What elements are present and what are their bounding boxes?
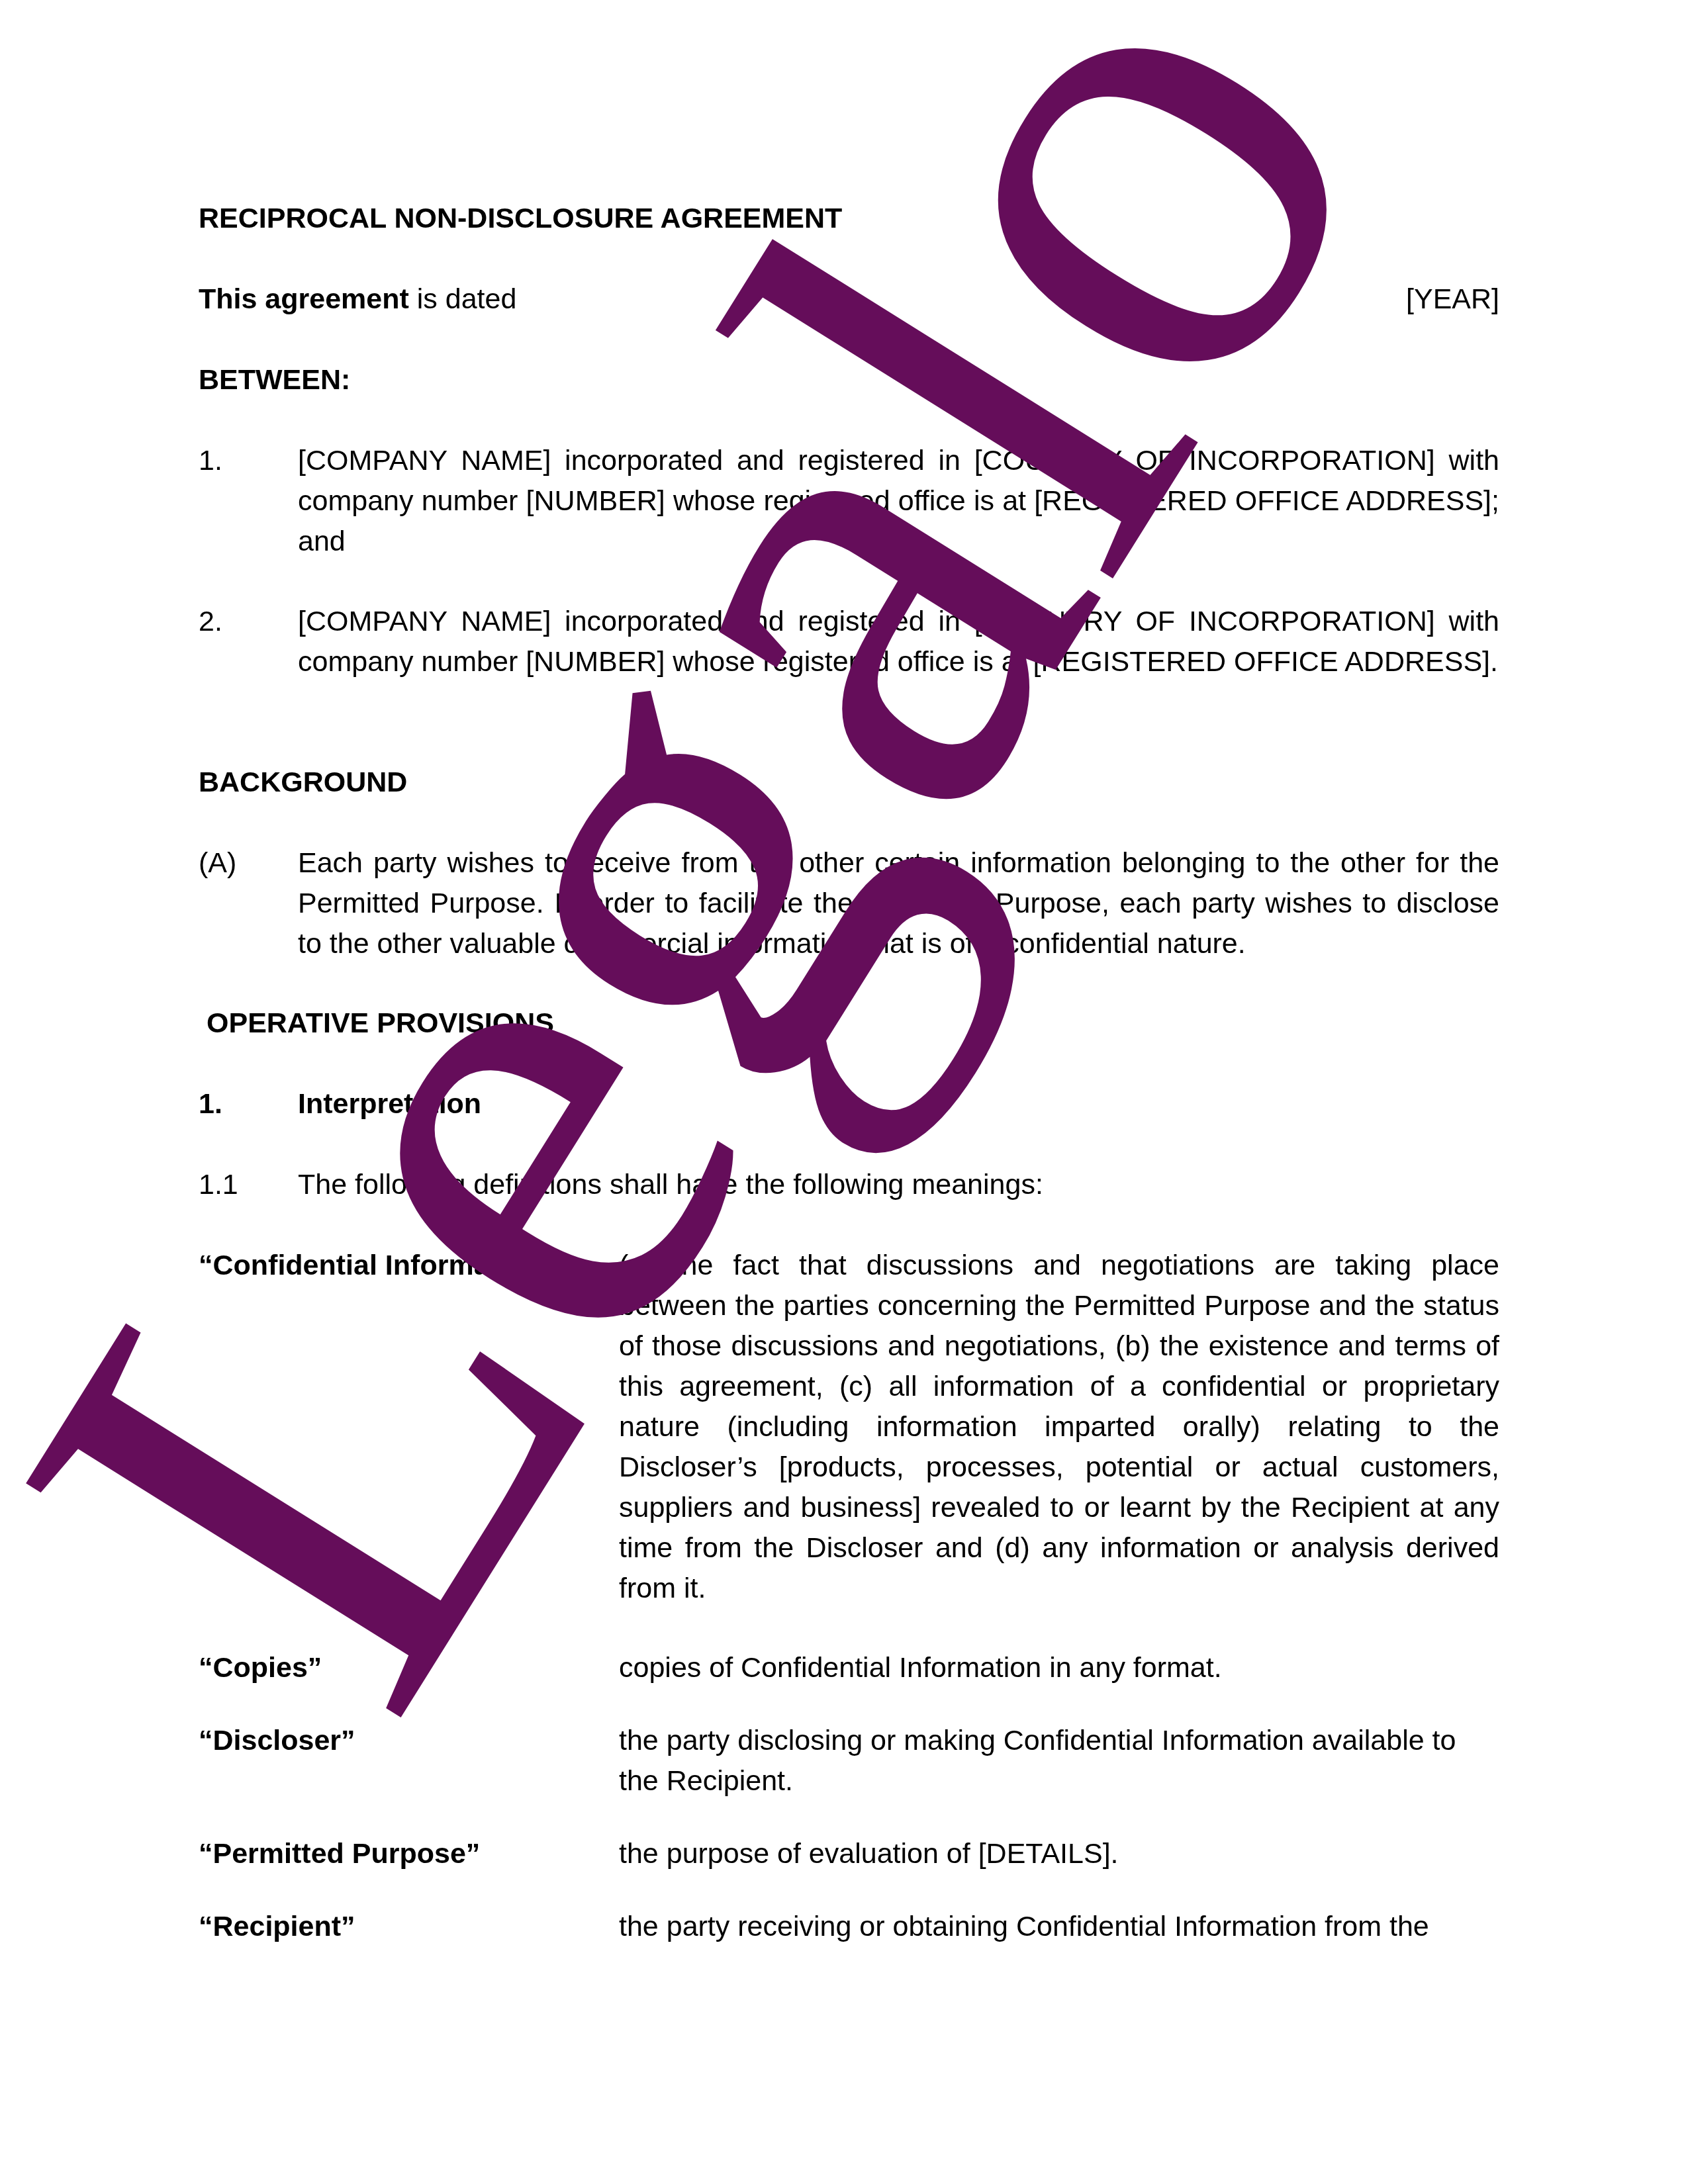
definition-term: “Confidential Information” [199, 1246, 556, 1286]
definition-meaning: the purpose of evaluation of [DETAILS]. [619, 1834, 1499, 1874]
recital-text: Each party wishes to receive from the ot… [298, 843, 1499, 964]
definition-meaning: (a) the fact that discussions and negoti… [619, 1246, 1499, 1609]
dated-label-rest: is dated [409, 283, 517, 315]
party-text: [COMPANY NAME] incorporated and register… [298, 602, 1499, 682]
dated-label-bold: This agreement [199, 283, 409, 315]
party-text: [COMPANY NAME] incorporated and register… [298, 441, 1499, 562]
definition-term: “Permitted Purpose” [199, 1834, 480, 1874]
definition-meaning: copies of Confidential Information in an… [619, 1648, 1499, 1688]
agreement-date-line: This agreement is dated [YEAR] [199, 279, 1499, 320]
definition-term: “Copies” [199, 1648, 322, 1688]
clause-number: 1. [199, 1084, 222, 1124]
clause-text: The following definitions shall have the… [298, 1165, 1043, 1205]
definition-term: “Discloser” [199, 1721, 355, 1761]
definition-meaning: the party disclosing or making Confident… [619, 1721, 1499, 1801]
party-number: 2. [199, 602, 222, 642]
between-heading: BETWEEN: [199, 360, 350, 400]
recital-label: (A) [199, 843, 236, 884]
clause-number: 1.1 [199, 1165, 238, 1205]
operative-heading: OPERATIVE PROVISIONS [207, 1003, 554, 1044]
party-number: 1. [199, 441, 222, 481]
document-page: RECIPROCAL NON-DISCLOSURE AGREEMENT This… [0, 0, 1688, 2184]
clause-title: Interpretation [298, 1084, 481, 1124]
dated-value: [YEAR] [1406, 279, 1499, 320]
background-heading: BACKGROUND [199, 762, 407, 803]
definition-meaning: the party receiving or obtaining Confide… [619, 1907, 1499, 1947]
definition-term: “Recipient” [199, 1907, 355, 1947]
document-title: RECIPROCAL NON-DISCLOSURE AGREEMENT [199, 199, 842, 239]
